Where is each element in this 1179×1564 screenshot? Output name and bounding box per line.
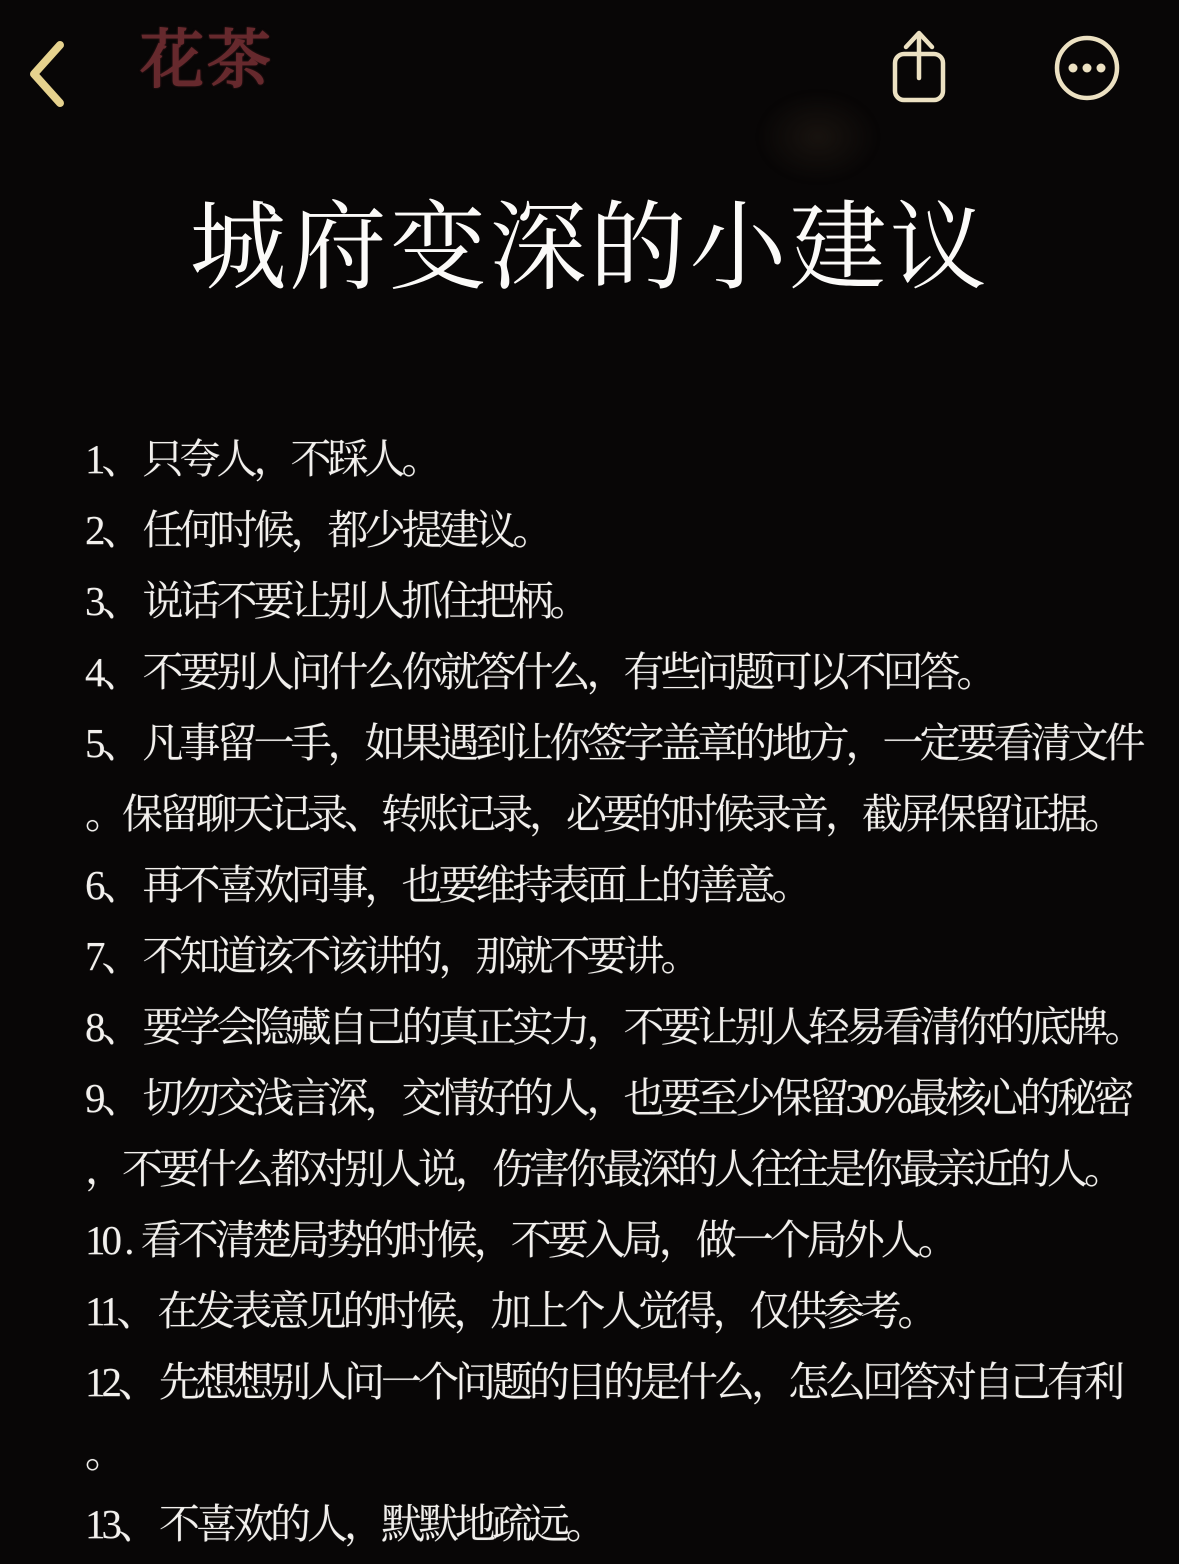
item-number: 4、 — [85, 649, 143, 695]
item-number: 6、 — [85, 862, 143, 908]
brand-logo: 花茶 — [140, 14, 274, 106]
item-number: 5、 — [85, 720, 143, 766]
item-number: 12、 — [85, 1359, 159, 1405]
share-button[interactable] — [886, 28, 952, 108]
item-number: 7、 — [85, 933, 143, 979]
nav-bar: 花茶 — [0, 0, 1179, 150]
item-text: 要学会隐藏自己的真正实力，不要让别人轻易看清你的底牌。 — [143, 1004, 1142, 1050]
item-text: 不要别人问什么你就答什么，有些问题可以不回答。 — [143, 649, 994, 695]
list-item: 10 . 看不清楚局势的时候，不要入局，做一个局外人。 — [85, 1205, 1143, 1276]
item-number: 8、 — [85, 1004, 143, 1050]
item-text: 切勿交浅言深，交情好的人，也要至少保留30%最核心的秘密，不要什么都对别人说，伤… — [85, 1075, 1131, 1192]
item-text: 不喜欢的人，默默地疏远。 — [159, 1501, 603, 1547]
item-text: 先想想别人问一个问题的目的是什么，怎么回答对自己有利。 — [85, 1359, 1121, 1476]
more-options-button[interactable] — [1053, 34, 1121, 102]
item-text: 再不喜欢同事，也要维持表面上的善意。 — [143, 862, 809, 908]
item-number: 13、 — [85, 1501, 159, 1547]
share-icon — [886, 96, 952, 111]
list-item: 6、再不喜欢同事，也要维持表面上的善意。 — [85, 850, 1143, 921]
item-number: 10 . — [85, 1217, 141, 1263]
list-item: 1、只夸人，不踩人。 — [85, 424, 1143, 495]
item-number: 1、 — [85, 436, 143, 482]
faint-watermark — [758, 92, 878, 182]
list-item: 9、切勿交浅言深，交情好的人，也要至少保留30%最核心的秘密，不要什么都对别人说… — [85, 1063, 1143, 1205]
list-item: 8、要学会隐藏自己的真正实力，不要让别人轻易看清你的底牌。 — [85, 992, 1143, 1063]
list-item: 2、任何时候，都少提建议。 — [85, 495, 1143, 566]
item-text: 看不清楚局势的时候，不要入局，做一个局外人。 — [141, 1217, 955, 1263]
item-text: 在发表意见的时候，加上个人觉得，仅供参考。 — [157, 1288, 934, 1334]
list-item: 7、不知道该不该讲的，那就不要讲。 — [85, 921, 1143, 992]
list-item: 4、不要别人问什么你就答什么，有些问题可以不回答。 — [85, 637, 1143, 708]
item-number: 11、 — [85, 1288, 157, 1334]
item-text: 不知道该不该讲的，那就不要讲。 — [143, 933, 698, 979]
list-item: 13、不喜欢的人，默默地疏远。 — [85, 1489, 1143, 1560]
list-item: 12、先想想别人问一个问题的目的是什么，怎么回答对自己有利。 — [85, 1347, 1143, 1489]
list-item: 11、在发表意见的时候，加上个人觉得，仅供参考。 — [85, 1276, 1143, 1347]
item-text: 凡事留一手，如果遇到让你签字盖章的地方，一定要看清文件。保留聊天记录、转账记录，… — [85, 720, 1142, 837]
item-text: 任何时候，都少提建议。 — [143, 507, 550, 553]
list-item: 3、说话不要让别人抓住把柄。 — [85, 566, 1143, 637]
item-number: 2、 — [85, 507, 143, 553]
item-number: 9、 — [85, 1075, 143, 1121]
page-title: 城府变深的小建议 — [0, 178, 1179, 318]
ellipsis-circle-icon — [1053, 90, 1121, 105]
advice-list: 1、只夸人，不踩人。2、任何时候，都少提建议。3、说话不要让别人抓住把柄。4、不… — [85, 424, 1143, 1560]
back-button[interactable] — [22, 36, 70, 112]
item-text: 只夸人，不踩人。 — [143, 436, 439, 482]
note-screen: 花茶 城府变深的小建议 1、只夸人，不踩人 — [0, 0, 1179, 1564]
chevron-left-icon — [22, 100, 70, 115]
list-item: 5、凡事留一手，如果遇到让你签字盖章的地方，一定要看清文件。保留聊天记录、转账记… — [85, 708, 1143, 850]
item-text: 说话不要让别人抓住把柄。 — [143, 578, 587, 624]
item-number: 3、 — [85, 578, 143, 624]
